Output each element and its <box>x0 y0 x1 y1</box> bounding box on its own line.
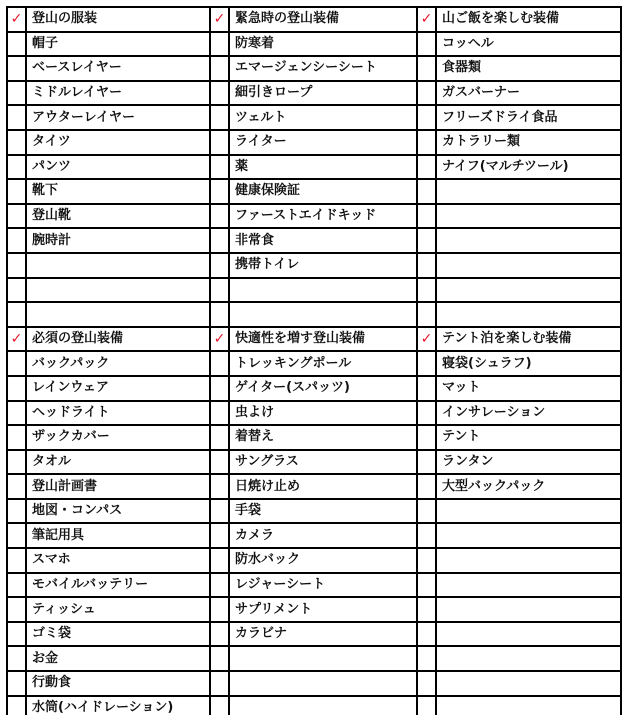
item-row: ベースレイヤーエマージェンシーシート食器類 <box>7 56 621 81</box>
item-label: 食器類 <box>436 56 621 81</box>
item-label: テント <box>436 425 621 450</box>
item-checkbox[interactable] <box>210 401 229 426</box>
item-label: ライター <box>229 130 417 155</box>
item-label <box>436 671 621 696</box>
item-row: 地図・コンパス手袋 <box>7 499 621 524</box>
item-label: 腕時計 <box>26 228 210 253</box>
item-checkbox[interactable] <box>7 105 26 130</box>
item-label: コッヘル <box>436 32 621 57</box>
item-checkbox[interactable] <box>417 204 436 229</box>
category-checkbox[interactable]: ✓ <box>417 7 436 32</box>
category-checkbox[interactable]: ✓ <box>7 327 26 352</box>
item-label <box>436 253 621 278</box>
item-checkbox[interactable] <box>210 499 229 524</box>
checkmark-icon: ✓ <box>11 11 23 27</box>
item-checkbox[interactable] <box>7 523 26 548</box>
checkmark-icon: ✓ <box>214 11 226 27</box>
checkmark-icon: ✓ <box>421 331 433 347</box>
category-header: テント泊を楽しむ装備 <box>436 327 621 352</box>
item-checkbox[interactable] <box>417 32 436 57</box>
checklist-table: ✓登山の服装✓緊急時の登山装備✓山ご飯を楽しむ装備帽子防寒着コッヘルベースレイヤ… <box>6 6 622 715</box>
item-label <box>436 646 621 671</box>
item-checkbox[interactable] <box>417 622 436 647</box>
item-label: エマージェンシーシート <box>229 56 417 81</box>
item-checkbox[interactable] <box>7 597 26 622</box>
item-label <box>436 204 621 229</box>
item-checkbox[interactable] <box>7 671 26 696</box>
item-checkbox[interactable] <box>7 351 26 376</box>
item-checkbox[interactable] <box>210 425 229 450</box>
item-label <box>229 646 417 671</box>
item-row: タオルサングラスランタン <box>7 450 621 475</box>
item-row: お金 <box>7 646 621 671</box>
item-label: 細引きロープ <box>229 81 417 106</box>
item-label <box>26 302 210 327</box>
item-label: 虫よけ <box>229 401 417 426</box>
item-checkbox[interactable] <box>7 696 26 715</box>
checkmark-icon: ✓ <box>421 11 433 27</box>
item-checkbox[interactable] <box>210 130 229 155</box>
item-label <box>436 278 621 303</box>
item-label <box>436 696 621 715</box>
item-row: ティッシュサプリメント <box>7 597 621 622</box>
item-row: ヘッドライト虫よけインサレーション <box>7 401 621 426</box>
item-label: 手袋 <box>229 499 417 524</box>
item-checkbox[interactable] <box>210 523 229 548</box>
item-row: 登山計画書日焼け止め大型バックパック <box>7 474 621 499</box>
item-row: ミドルレイヤー細引きロープガスバーナー <box>7 81 621 106</box>
item-label <box>436 228 621 253</box>
item-checkbox[interactable] <box>7 278 26 303</box>
item-checkbox[interactable] <box>417 474 436 499</box>
item-label: ヘッドライト <box>26 401 210 426</box>
item-label: 登山計画書 <box>26 474 210 499</box>
item-checkbox[interactable] <box>417 671 436 696</box>
item-checkbox[interactable] <box>417 523 436 548</box>
item-label: モバイルバッテリー <box>26 573 210 598</box>
item-label: フリーズドライ食品 <box>436 105 621 130</box>
item-label: アウターレイヤー <box>26 105 210 130</box>
item-label: ファーストエイドキッド <box>229 204 417 229</box>
item-label: 薬 <box>229 155 417 180</box>
item-checkbox[interactable] <box>210 646 229 671</box>
item-checkbox[interactable] <box>210 450 229 475</box>
item-row: ザックカバー着替えテント <box>7 425 621 450</box>
item-checkbox[interactable] <box>417 376 436 401</box>
item-label: 防水バック <box>229 548 417 573</box>
item-checkbox[interactable] <box>417 499 436 524</box>
item-row: 腕時計非常食 <box>7 228 621 253</box>
item-checkbox[interactable] <box>210 597 229 622</box>
checkmark-icon: ✓ <box>11 331 23 347</box>
item-label: 筆記用具 <box>26 523 210 548</box>
item-row: 携帯トイレ <box>7 253 621 278</box>
item-label: 寝袋(シュラフ) <box>436 351 621 376</box>
item-label <box>229 278 417 303</box>
item-checkbox[interactable] <box>7 32 26 57</box>
item-checkbox[interactable] <box>210 351 229 376</box>
item-checkbox[interactable] <box>417 696 436 715</box>
item-checkbox[interactable] <box>210 56 229 81</box>
item-checkbox[interactable] <box>417 278 436 303</box>
item-label: 登山靴 <box>26 204 210 229</box>
item-label: 大型バックパック <box>436 474 621 499</box>
item-checkbox[interactable] <box>417 573 436 598</box>
item-label: 着替え <box>229 425 417 450</box>
item-checkbox[interactable] <box>7 548 26 573</box>
item-checkbox[interactable] <box>417 302 436 327</box>
item-label: ガスバーナー <box>436 81 621 106</box>
section-header-row: ✓必須の登山装備✓快適性を増す登山装備✓テント泊を楽しむ装備 <box>7 327 621 352</box>
item-checkbox[interactable] <box>7 573 26 598</box>
item-label: ナイフ(マルチツール) <box>436 155 621 180</box>
item-checkbox[interactable] <box>7 450 26 475</box>
item-row: 登山靴ファーストエイドキッド <box>7 204 621 229</box>
category-checkbox[interactable]: ✓ <box>210 7 229 32</box>
item-row: 行動食 <box>7 671 621 696</box>
item-checkbox[interactable] <box>210 155 229 180</box>
item-checkbox[interactable] <box>417 548 436 573</box>
item-label: パンツ <box>26 155 210 180</box>
item-label: ザックカバー <box>26 425 210 450</box>
item-label: カメラ <box>229 523 417 548</box>
item-label <box>436 622 621 647</box>
item-checkbox[interactable] <box>210 278 229 303</box>
category-header: 快適性を増す登山装備 <box>229 327 417 352</box>
item-row: ゴミ袋カラビナ <box>7 622 621 647</box>
item-label <box>26 278 210 303</box>
item-label: 防寒着 <box>229 32 417 57</box>
item-checkbox[interactable] <box>7 56 26 81</box>
item-label: 靴下 <box>26 179 210 204</box>
item-row: モバイルバッテリーレジャーシート <box>7 573 621 598</box>
item-label: 地図・コンパス <box>26 499 210 524</box>
item-checkbox[interactable] <box>7 401 26 426</box>
item-row: アウターレイヤーツェルトフリーズドライ食品 <box>7 105 621 130</box>
item-checkbox[interactable] <box>417 253 436 278</box>
item-row: 靴下健康保険証 <box>7 179 621 204</box>
item-label: ゲイター(スパッツ) <box>229 376 417 401</box>
item-label <box>229 696 417 715</box>
item-checkbox[interactable] <box>417 179 436 204</box>
item-checkbox[interactable] <box>210 204 229 229</box>
item-label: ベースレイヤー <box>26 56 210 81</box>
item-checkbox[interactable] <box>7 130 26 155</box>
item-checkbox[interactable] <box>210 179 229 204</box>
item-label: カラビナ <box>229 622 417 647</box>
item-label: サングラス <box>229 450 417 475</box>
item-label: ミドルレイヤー <box>26 81 210 106</box>
item-checkbox[interactable] <box>210 253 229 278</box>
category-checkbox[interactable]: ✓ <box>7 7 26 32</box>
item-row: 水筒(ハイドレーション) <box>7 696 621 715</box>
item-checkbox[interactable] <box>417 401 436 426</box>
item-label <box>436 523 621 548</box>
item-checkbox[interactable] <box>7 474 26 499</box>
item-label <box>436 499 621 524</box>
item-checkbox[interactable] <box>210 32 229 57</box>
item-checkbox[interactable] <box>7 81 26 106</box>
blank-row <box>7 302 621 327</box>
item-checkbox[interactable] <box>417 81 436 106</box>
item-checkbox[interactable] <box>210 228 229 253</box>
item-label: 非常食 <box>229 228 417 253</box>
item-checkbox[interactable] <box>7 646 26 671</box>
item-label: 行動食 <box>26 671 210 696</box>
item-checkbox[interactable] <box>7 499 26 524</box>
item-label <box>26 253 210 278</box>
item-row: 帽子防寒着コッヘル <box>7 32 621 57</box>
item-checkbox[interactable] <box>7 228 26 253</box>
item-checkbox[interactable] <box>7 179 26 204</box>
item-checkbox[interactable] <box>210 622 229 647</box>
item-label: インサレーション <box>436 401 621 426</box>
item-row: バックパックトレッキングポール寝袋(シュラフ) <box>7 351 621 376</box>
item-checkbox[interactable] <box>210 548 229 573</box>
category-header: 緊急時の登山装備 <box>229 7 417 32</box>
item-label <box>229 671 417 696</box>
item-label <box>436 573 621 598</box>
item-checkbox[interactable] <box>210 671 229 696</box>
item-checkbox[interactable] <box>417 597 436 622</box>
item-checkbox[interactable] <box>7 155 26 180</box>
item-checkbox[interactable] <box>417 450 436 475</box>
item-checkbox[interactable] <box>417 56 436 81</box>
item-row: タイツライターカトラリー類 <box>7 130 621 155</box>
item-label: レインウェア <box>26 376 210 401</box>
item-label <box>436 548 621 573</box>
item-checkbox[interactable] <box>210 696 229 715</box>
item-label: お金 <box>26 646 210 671</box>
category-checkbox[interactable]: ✓ <box>210 327 229 352</box>
item-label: トレッキングポール <box>229 351 417 376</box>
item-checkbox[interactable] <box>417 155 436 180</box>
item-checkbox[interactable] <box>7 204 26 229</box>
item-label: タイツ <box>26 130 210 155</box>
item-row: パンツ薬ナイフ(マルチツール) <box>7 155 621 180</box>
item-checkbox[interactable] <box>7 425 26 450</box>
item-label: 日焼け止め <box>229 474 417 499</box>
item-label <box>229 302 417 327</box>
item-label: タオル <box>26 450 210 475</box>
checkmark-icon: ✓ <box>214 331 226 347</box>
section-header-row: ✓登山の服装✓緊急時の登山装備✓山ご飯を楽しむ装備 <box>7 7 621 32</box>
item-checkbox[interactable] <box>210 105 229 130</box>
item-checkbox[interactable] <box>417 130 436 155</box>
item-row <box>7 278 621 303</box>
item-checkbox[interactable] <box>417 351 436 376</box>
item-row: レインウェアゲイター(スパッツ)マット <box>7 376 621 401</box>
item-label <box>436 597 621 622</box>
item-checkbox[interactable] <box>417 425 436 450</box>
item-checkbox[interactable] <box>210 81 229 106</box>
item-checkbox[interactable] <box>210 376 229 401</box>
item-checkbox[interactable] <box>417 228 436 253</box>
category-header: 登山の服装 <box>26 7 210 32</box>
item-label: バックパック <box>26 351 210 376</box>
item-label: スマホ <box>26 548 210 573</box>
item-checkbox[interactable] <box>417 105 436 130</box>
category-header: 必須の登山装備 <box>26 327 210 352</box>
checklist-sheet: ✓登山の服装✓緊急時の登山装備✓山ご飯を楽しむ装備帽子防寒着コッヘルベースレイヤ… <box>6 6 622 715</box>
item-label: 健康保険証 <box>229 179 417 204</box>
item-checkbox[interactable] <box>7 302 26 327</box>
item-label: サプリメント <box>229 597 417 622</box>
item-checkbox[interactable] <box>7 376 26 401</box>
item-label: レジャーシート <box>229 573 417 598</box>
item-label: 携帯トイレ <box>229 253 417 278</box>
item-label <box>436 179 621 204</box>
item-label: カトラリー類 <box>436 130 621 155</box>
item-row: スマホ防水バック <box>7 548 621 573</box>
item-label <box>436 302 621 327</box>
item-checkbox[interactable] <box>417 646 436 671</box>
item-label: ランタン <box>436 450 621 475</box>
category-header: 山ご飯を楽しむ装備 <box>436 7 621 32</box>
item-checkbox[interactable] <box>210 573 229 598</box>
item-row: 筆記用具カメラ <box>7 523 621 548</box>
item-checkbox[interactable] <box>210 302 229 327</box>
item-label: ティッシュ <box>26 597 210 622</box>
item-checkbox[interactable] <box>210 474 229 499</box>
item-label: 帽子 <box>26 32 210 57</box>
item-label: 水筒(ハイドレーション) <box>26 696 210 715</box>
item-label: ツェルト <box>229 105 417 130</box>
item-label: ゴミ袋 <box>26 622 210 647</box>
category-checkbox[interactable]: ✓ <box>417 327 436 352</box>
item-label: マット <box>436 376 621 401</box>
item-checkbox[interactable] <box>7 253 26 278</box>
item-checkbox[interactable] <box>7 622 26 647</box>
